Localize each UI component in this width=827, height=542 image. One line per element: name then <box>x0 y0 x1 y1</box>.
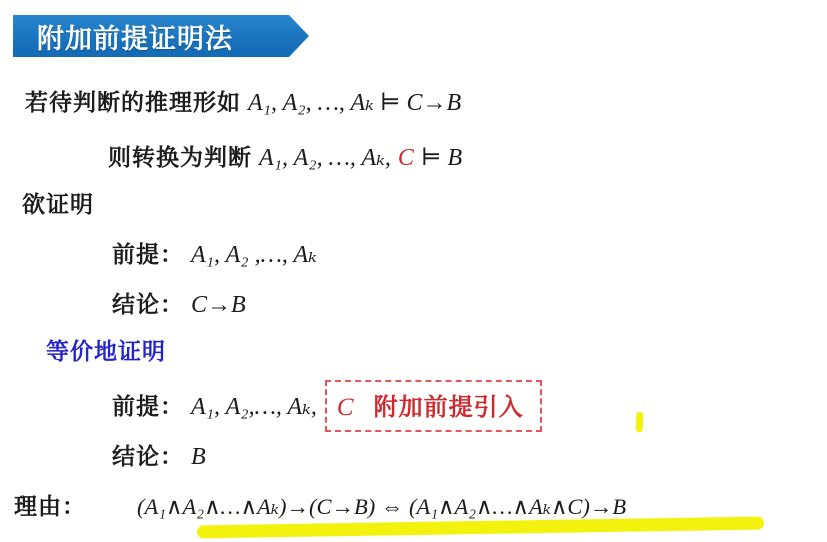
intro-line-1: 若待判断的推理形如 A₁, A₂, …, Aₖ ⊨ C→B <box>25 84 461 117</box>
equivalent-conclusion-formula: B <box>191 444 206 471</box>
equivalent-heading: 等价地证明 <box>46 333 166 366</box>
added-premise-rule-text: 附加前提引入 <box>374 387 524 422</box>
intro-line-2: 则转换为判断 A₁, A₂, …, Aₖ, C ⊨ B <box>108 139 462 172</box>
goal-premise-label: 前提： <box>112 236 184 269</box>
added-premise-annotation-box: C 附加前提引入 <box>325 380 542 432</box>
intro-line-2-added-premise: C <box>398 145 414 172</box>
intro-line-2-entails: ⊨ B <box>421 143 462 172</box>
goal-heading: 欲证明 <box>22 186 94 219</box>
reason-line: 理由： (A₁∧A₂∧…∧Aₖ)→(C→B) ⇔ (A₁∧A₂∧…∧Aₖ∧C)→… <box>14 488 626 521</box>
lecture-slide: 附加前提证明法 若待判断的推理形如 A₁, A₂, …, Aₖ ⊨ C→B 则转… <box>0 0 827 542</box>
intro-line-1-text: 若待判断的推理形如 <box>25 84 241 117</box>
goal-conclusion-formula: C→B <box>191 292 246 319</box>
intro-line-1-formula: A₁, A₂, …, Aₖ ⊨ C→B <box>248 88 461 117</box>
yellow-highlighter-dab <box>636 412 644 432</box>
reason-label: 理由： <box>14 488 86 521</box>
goal-conclusion-line: 结论： C→B <box>112 286 246 319</box>
equivalent-conclusion-label: 结论： <box>112 438 184 471</box>
equivalent-heading-text: 等价地证明 <box>46 333 166 366</box>
goal-premise-formula: A₁, A₂ ,…, Aₖ <box>191 240 317 269</box>
title-banner: 附加前提证明法 <box>13 15 309 57</box>
added-premise-symbol: C <box>337 394 354 422</box>
equivalent-premise-label: 前提： <box>112 380 184 421</box>
goal-conclusion-label: 结论： <box>112 286 184 319</box>
goal-premise-line: 前提： A₁, A₂ ,…, Aₖ <box>112 236 317 269</box>
reason-formula: (A₁∧A₂∧…∧Aₖ)→(C→B) ⇔ (A₁∧A₂∧…∧Aₖ∧C)→B <box>137 494 626 520</box>
equivalent-premise-formula: A₁, A₂,…, Aₖ, <box>191 384 317 421</box>
equivalent-conclusion-line: 结论： B <box>112 438 206 471</box>
goal-heading-text: 欲证明 <box>22 186 94 219</box>
intro-line-2-premises: A₁, A₂, …, Aₖ, <box>259 143 391 172</box>
page-title: 附加前提证明法 <box>37 17 233 56</box>
intro-line-2-text: 则转换为判断 <box>108 139 252 172</box>
equivalent-premise-line: 前提： A₁, A₂,…, Aₖ, C 附加前提引入 <box>112 380 542 432</box>
